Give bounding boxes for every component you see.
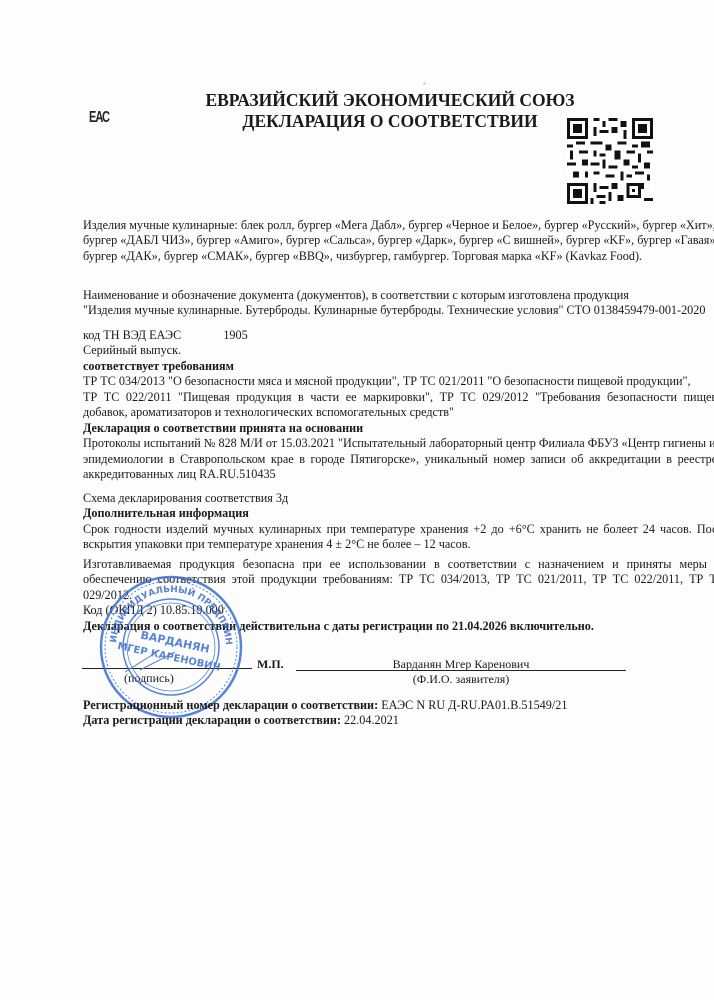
requirements-line: ТР ТС 034/2013 "О безопасности мяса и мя… bbox=[83, 374, 693, 389]
additional-heading: Дополнительная информация bbox=[83, 506, 693, 521]
seal-label: М.П. bbox=[257, 657, 284, 672]
requirements-line: добавок, ароматизаторов и технологически… bbox=[83, 405, 693, 420]
applicant-name-line bbox=[296, 670, 626, 671]
standard-document-section: Наименование и обозначение документа (до… bbox=[83, 288, 693, 319]
handwritten-signature-icon bbox=[120, 640, 200, 680]
registration-number-value: ЕАЭС N RU Д-RU.PA01.B.51549/21 bbox=[381, 698, 567, 712]
basis-line: эпидемиологии в Ставропольском крае в го… bbox=[83, 452, 693, 467]
release-type: Серийный выпуск. bbox=[83, 343, 693, 358]
products-line: Изделия мучные кулинарные: блек ролл, бу… bbox=[83, 218, 693, 233]
requirements-line: ТР ТС 022/2011 "Пищевая продукция в част… bbox=[83, 390, 693, 405]
additional-line: вскрытия упаковки при температуре хранен… bbox=[83, 537, 693, 552]
tnved-label: код ТН ВЭД ЕАЭС bbox=[83, 328, 181, 342]
applicant-name-caption: (Ф.И.О. заявителя) bbox=[296, 672, 626, 687]
tnved-value: 1905 bbox=[223, 328, 247, 342]
registration-date-value: 22.04.2021 bbox=[344, 713, 399, 727]
basis-line: Протоколы испытаний № 828 М/И от 15.03.2… bbox=[83, 436, 693, 451]
declaration-title: ДЕКЛАРАЦИЯ О СООТВЕТСТВИИ bbox=[180, 111, 600, 132]
basis-line: аккредитованных лиц RA.RU.510435 bbox=[83, 467, 693, 482]
products-line: бургер «ДАК», бургер «СМАК», бургер «BBQ… bbox=[83, 249, 693, 264]
eac-mark: ЕАС bbox=[89, 110, 109, 127]
basis-heading: Декларация о соответствии принята на осн… bbox=[83, 421, 693, 436]
declaration-page: ЕАС ˆ ЕВРАЗИЙСКИЙ ЭКОНОМИЧЕСКИЙ СОЮЗ ДЕК… bbox=[0, 0, 714, 1000]
registration-date-label: Дата регистрации декларации о соответств… bbox=[83, 713, 341, 727]
safety-line: Изготавливаемая продукция безопасна при … bbox=[83, 557, 693, 572]
document-header: ЕВРАЗИЙСКИЙ ЭКОНОМИЧЕСКИЙ СОЮЗ ДЕКЛАРАЦИ… bbox=[180, 90, 600, 132]
additional-line: Срок годности изделий мучных кулинарных … bbox=[83, 522, 693, 537]
registration-number-label: Регистрационный номер декларации о соотв… bbox=[83, 698, 378, 712]
document-label: Наименование и обозначение документа (до… bbox=[83, 288, 693, 303]
document-value: "Изделия мучные кулинарные. Бутерброды. … bbox=[83, 303, 693, 318]
additional-section: Схема декларирования соответствия 3д Доп… bbox=[83, 491, 693, 553]
registration-section: Регистрационный номер декларации о соотв… bbox=[83, 698, 693, 729]
qr-code-icon bbox=[567, 118, 653, 204]
requirements-heading: соответствует требованиям bbox=[83, 359, 693, 374]
tnved-section: код ТН ВЭД ЕАЭС 1905 Серийный выпуск. со… bbox=[83, 328, 693, 420]
declaration-scheme: Схема декларирования соответствия 3д bbox=[83, 491, 693, 506]
products-section: Изделия мучные кулинарные: блек ролл, бу… bbox=[83, 218, 693, 264]
basis-section: Декларация о соответствии принята на осн… bbox=[83, 421, 693, 483]
products-line: бургер «ДАБЛ ЧИЗ», бургер «Амиго», бурге… bbox=[83, 233, 693, 248]
union-title: ЕВРАЗИЙСКИЙ ЭКОНОМИЧЕСКИЙ СОЮЗ bbox=[180, 90, 600, 111]
